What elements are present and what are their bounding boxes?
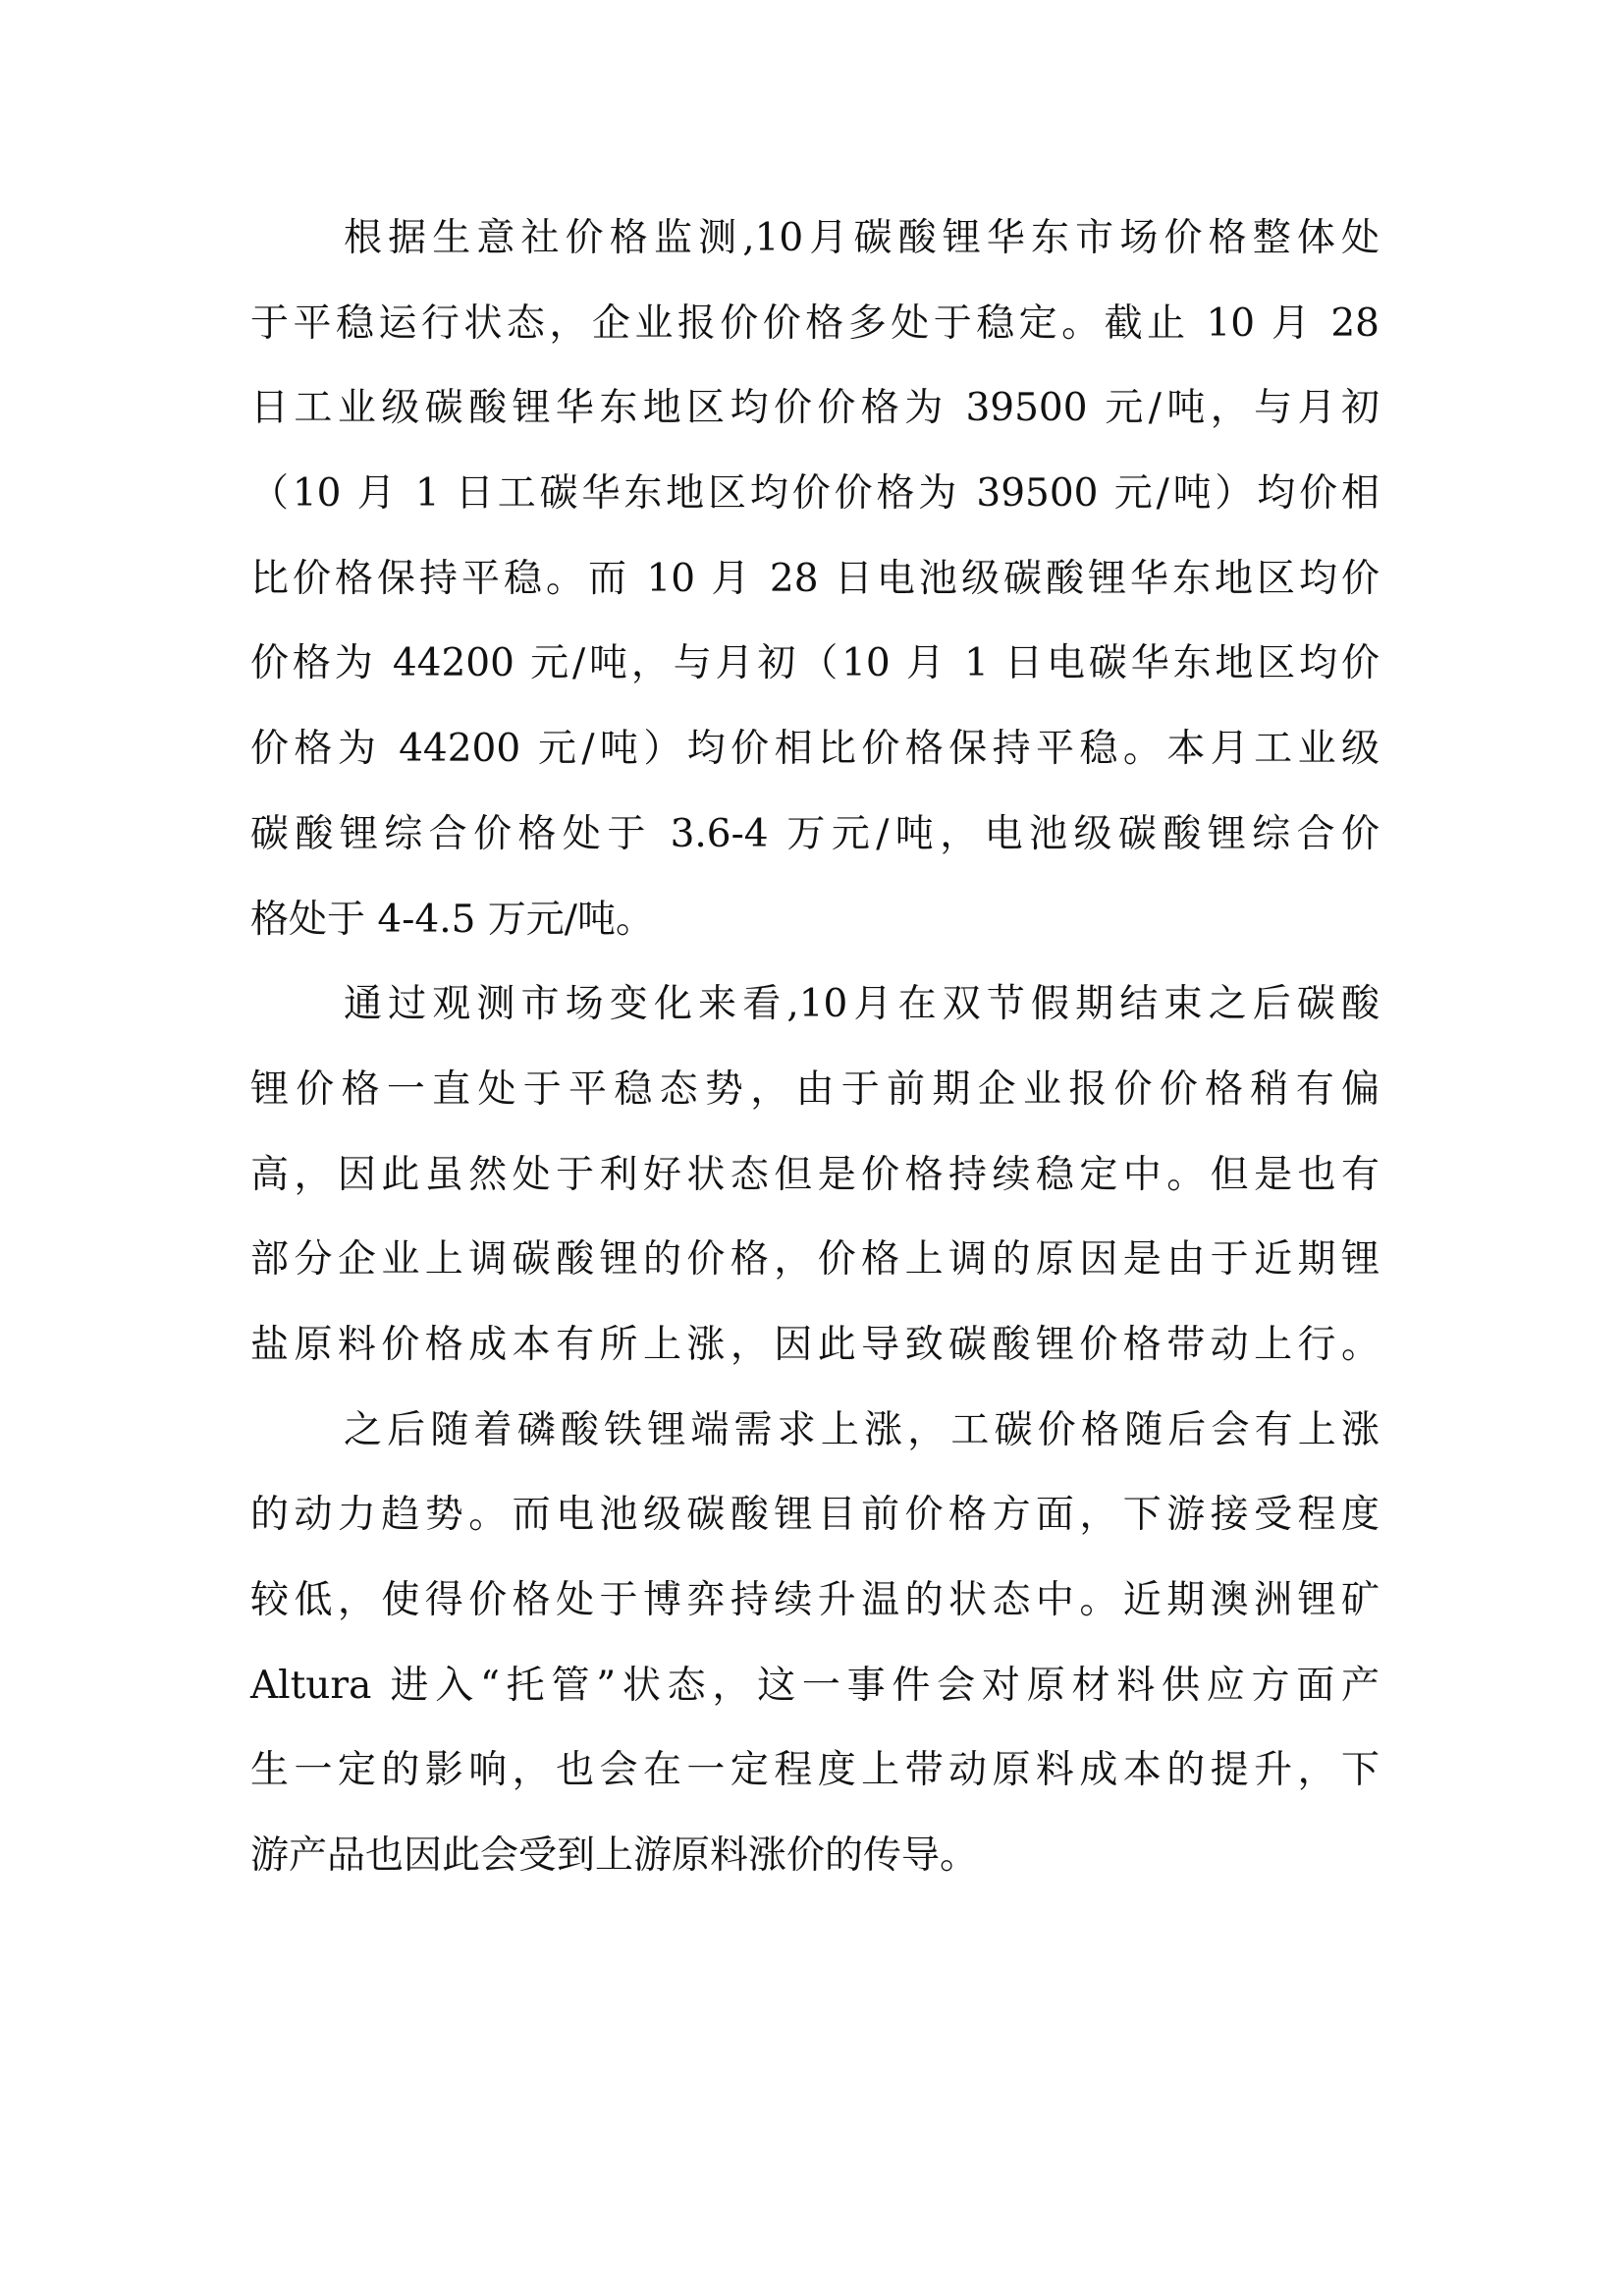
text-line: （10 月 1 日工碳华东地区均价价格为 39500 元/吨）均价相 — [250, 452, 1380, 537]
text-line: 盐原料价格成本有所上涨，因此导致碳酸锂价格带动上行。 — [250, 1303, 1380, 1389]
text-line: 较低，使得价格处于博弈持续升温的状态中。近期澳洲锂矿 — [250, 1558, 1380, 1644]
document-page: 根据生意社价格监测,10月碳酸锂华东市场价格整体处 于平稳运行状态，企业报价价格… — [0, 0, 1623, 2296]
text-line: 游产品也因此会受到上游原料涨价的传导。 — [250, 1814, 1380, 1899]
text-line: Altura 进入“托管”状态，这一事件会对原材料供应方面产 — [250, 1644, 1380, 1729]
text-line: 生一定的影响，也会在一定程度上带动原料成本的提升，下 — [250, 1728, 1380, 1814]
text-line: 于平稳运行状态，企业报价价格多处于稳定。截止 10 月 28 — [250, 282, 1380, 367]
text-line: 之后随着磷酸铁锂端需求上涨，工碳价格随后会有上涨 — [250, 1389, 1380, 1474]
text-line: 部分企业上调碳酸锂的价格，价格上调的原因是由于近期锂 — [250, 1218, 1380, 1303]
paragraph-2: 通过观测市场变化来看,10月在双节假期结束之后碳酸 锂价格一直处于平稳态势，由于… — [250, 962, 1380, 1388]
paragraph-3: 之后随着磷酸铁锂端需求上涨，工碳价格随后会有上涨 的动力趋势。而电池级碳酸锂目前… — [250, 1389, 1380, 1899]
text-line: 的动力趋势。而电池级碳酸锂目前价格方面，下游接受程度 — [250, 1473, 1380, 1558]
paragraph-1: 根据生意社价格监测,10月碳酸锂华东市场价格整体处 于平稳运行状态，企业报价价格… — [250, 196, 1380, 962]
document-body: 根据生意社价格监测,10月碳酸锂华东市场价格整体处 于平稳运行状态，企业报价价格… — [250, 196, 1380, 1899]
text-line: 比价格保持平稳。而 10 月 28 日电池级碳酸锂华东地区均价 — [250, 537, 1380, 623]
text-line: 价格为 44200 元/吨）均价相比价格保持平稳。本月工业级 — [250, 707, 1380, 793]
text-line: 日工业级碳酸锂华东地区均价价格为 39500 元/吨，与月初 — [250, 366, 1380, 452]
text-line: 锂价格一直处于平稳态势，由于前期企业报价价格稍有偏 — [250, 1048, 1380, 1133]
text-line: 格处于 4-4.5 万元/吨。 — [250, 878, 1380, 963]
text-line: 根据生意社价格监测,10月碳酸锂华东市场价格整体处 — [250, 196, 1380, 282]
text-line: 通过观测市场变化来看,10月在双节假期结束之后碳酸 — [250, 962, 1380, 1048]
text-line: 碳酸锂综合价格处于 3.6-4 万元/吨，电池级碳酸锂综合价 — [250, 793, 1380, 878]
text-line: 价格为 44200 元/吨，与月初（10 月 1 日电碳华东地区均价 — [250, 622, 1380, 707]
text-line: 高，因此虽然处于利好状态但是价格持续稳定中。但是也有 — [250, 1133, 1380, 1219]
